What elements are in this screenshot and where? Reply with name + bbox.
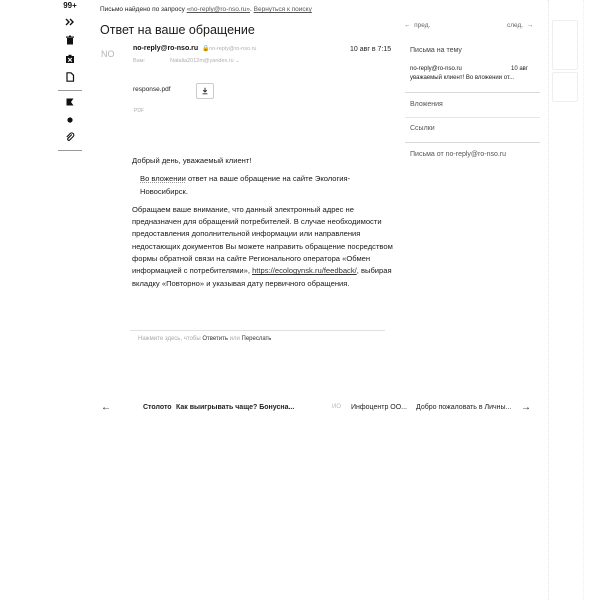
feedback-link[interactable]: https://ecologynsk.ru/feedback/	[252, 266, 357, 275]
back-to-search-link[interactable]: Вернуться к поиску	[254, 6, 312, 13]
arrow-right-icon: →	[527, 22, 534, 29]
message-subject: Ответ на ваше обращение	[100, 23, 255, 37]
forward-icon[interactable]	[52, 17, 88, 30]
spam-icon[interactable]	[52, 54, 88, 67]
message-date: 10 авг в 7:15	[350, 46, 391, 53]
sender-name[interactable]: no-reply@ro-nso.ru	[133, 45, 198, 52]
prev-message-sender[interactable]: Столото	[143, 404, 172, 411]
draft-icon[interactable]	[52, 72, 88, 85]
paragraph-attachment: Во вложении ответ на ваше обращение на с…	[132, 173, 397, 198]
scrollbar-track-outer	[583, 0, 584, 600]
prev-message-subject[interactable]: Как выигрывать чаще? Бонусна...	[176, 404, 294, 411]
prev-message-button[interactable]: ← пред.	[404, 22, 430, 29]
reply-link[interactable]: Ответить	[202, 336, 228, 342]
download-icon	[201, 87, 209, 95]
reply-divider	[130, 330, 385, 331]
unread-count-badge[interactable]: 99+	[52, 1, 88, 10]
recipient-label: Вам:	[133, 58, 145, 64]
flag-icon[interactable]	[52, 97, 88, 110]
right-panel-divider	[405, 117, 540, 118]
recipient-address[interactable]: Natalia2012m@yandex.ru ⌄	[170, 58, 240, 64]
next-label: след.	[507, 22, 523, 29]
chevron-down-icon[interactable]: ⌄	[235, 58, 240, 64]
from-sender-section[interactable]: Письма от no-reply@ro-nso.ru	[410, 151, 506, 158]
attachment-icon[interactable]	[52, 132, 88, 145]
attachment-type: PDF	[134, 108, 144, 114]
quick-reply-bar[interactable]: Нажмите здесь, чтобы Ответить или Пересл…	[138, 336, 271, 342]
sender-avatar: NO	[101, 49, 121, 65]
scrollbar-thumb[interactable]	[552, 20, 578, 70]
arrow-left-icon[interactable]: ←	[101, 402, 111, 413]
right-panel-divider	[405, 142, 540, 143]
message-body: Добрый день, уважаемый клиент! Во вложен…	[132, 155, 397, 296]
right-panel-divider	[405, 92, 540, 93]
arrow-right-icon[interactable]: →	[521, 402, 531, 413]
arrow-left-icon: ←	[404, 22, 411, 29]
greeting: Добрый день, уважаемый клиент!	[132, 155, 397, 167]
attachment-filename[interactable]: response.pdf	[133, 86, 171, 93]
next-message-button[interactable]: след. →	[507, 22, 533, 29]
attachment-mention-link[interactable]: Во вложении	[140, 174, 186, 183]
trash-icon[interactable]	[52, 35, 88, 48]
reply-bar-prefix: Нажмите здесь, чтобы	[138, 336, 202, 342]
paragraph-notice-text: Обращаем ваше внимание, что данный элект…	[132, 205, 393, 275]
next-message-avatar: ИО	[332, 404, 341, 410]
paragraph-notice: Обращаем ваше внимание, что данный элект…	[132, 204, 397, 290]
sidebar-divider	[58, 90, 82, 91]
thread-item-snippet[interactable]: уважаемый клиент! Во вложении от...	[410, 75, 514, 81]
scrollbar-track[interactable]	[548, 0, 549, 600]
attachments-section[interactable]: Вложения	[410, 101, 443, 108]
prev-label: пред.	[414, 22, 430, 29]
next-message-sender[interactable]: Инфоцентр ОО...	[351, 404, 407, 411]
thread-item-date: 10 авг	[511, 66, 528, 72]
search-query-link[interactable]: «no-reply@ro-nso.ru»	[187, 6, 250, 13]
thread-section-title: Письма на тему	[410, 47, 462, 54]
forward-link[interactable]: Переслать	[242, 336, 272, 342]
next-message-subject[interactable]: Добро пожаловать в Личны...	[416, 404, 511, 411]
scrollbar-thumb-secondary	[552, 72, 578, 102]
sidebar-divider	[58, 150, 82, 151]
search-notice-prefix: Письмо найдено по запросу	[100, 6, 187, 13]
unread-dot-icon[interactable]	[52, 115, 88, 128]
left-toolbar: 99+	[52, 0, 88, 160]
links-section[interactable]: Ссылки	[410, 125, 435, 132]
thread-item-sender[interactable]: no-reply@ro-nso.ru	[410, 66, 462, 72]
recipient-email: Natalia2012m@yandex.ru	[170, 58, 234, 64]
download-button[interactable]	[196, 83, 214, 99]
search-result-notice: Письмо найдено по запросу «no-reply@ro-n…	[100, 6, 312, 13]
sender-address: no-reply@ro-nso.ru	[209, 46, 256, 52]
reply-bar-or: или	[228, 336, 242, 342]
